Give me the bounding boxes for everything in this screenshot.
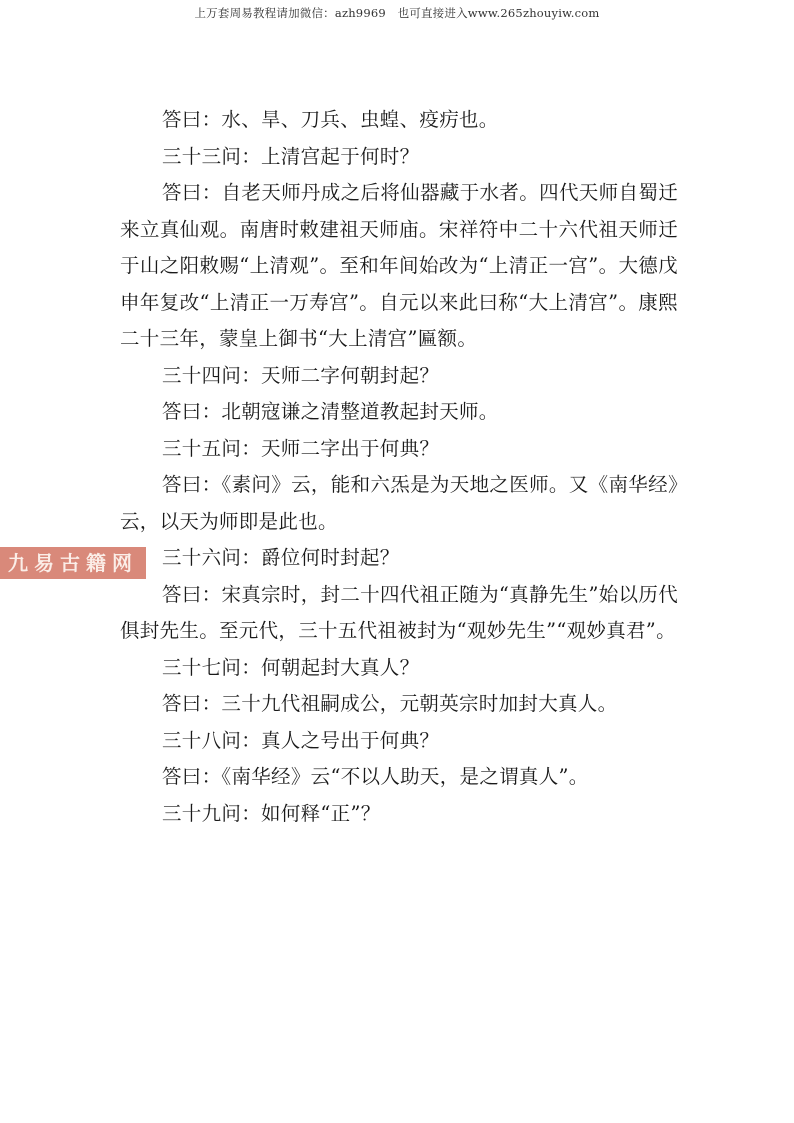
paragraph-question-37: 三十七问：何朝起封大真人？ [120,650,678,687]
paragraph-question-39: 三十九问：如何释“正”？ [120,796,678,833]
paragraph-question-34: 三十四问：天师二字何朝封起？ [120,358,678,395]
paragraph-question-33: 三十三问：上清宫起于何时？ [120,139,678,176]
paragraph-answer-33: 答曰：自老天师丹成之后将仙器藏于水者。四代天师自蜀迁来立真仙观。南唐时敕建祖天师… [120,175,678,358]
paragraph-answer-36: 答曰：宋真宗时，封二十四代祖正随为“真静先生”始以历代俱封先生。至元代，三十五代… [120,577,678,650]
paragraph-question-36: 三十六问：爵位何时封起？ [120,540,678,577]
document-body: 答曰：水、旱、刀兵、虫蝗、疫疠也。 三十三问：上清宫起于何时？ 答曰：自老天师丹… [120,102,678,832]
paragraph-question-35: 三十五问：天师二字出于何典？ [120,431,678,468]
paragraph-answer-34: 答曰：北朝寇谦之清整道教起封天师。 [120,394,678,431]
paragraph-answer-32: 答曰：水、旱、刀兵、虫蝗、疫疠也。 [120,102,678,139]
paragraph-answer-37: 答曰：三十九代祖嗣成公，元朝英宗时加封大真人。 [120,686,678,723]
watermark-logo: 九易古籍网 [0,547,146,579]
header-banner: 上万套周易教程请加微信：azh9969 也可直接进入www.265zhouyiw… [0,5,794,21]
paragraph-answer-35: 答曰：《素问》云，能和六炁是为天地之医师。又《南华经》云，以天为师即是此也。 [120,467,678,540]
paragraph-answer-38: 答曰：《南华经》云“不以人助天，是之谓真人”。 [120,759,678,796]
paragraph-question-38: 三十八问：真人之号出于何典？ [120,723,678,760]
